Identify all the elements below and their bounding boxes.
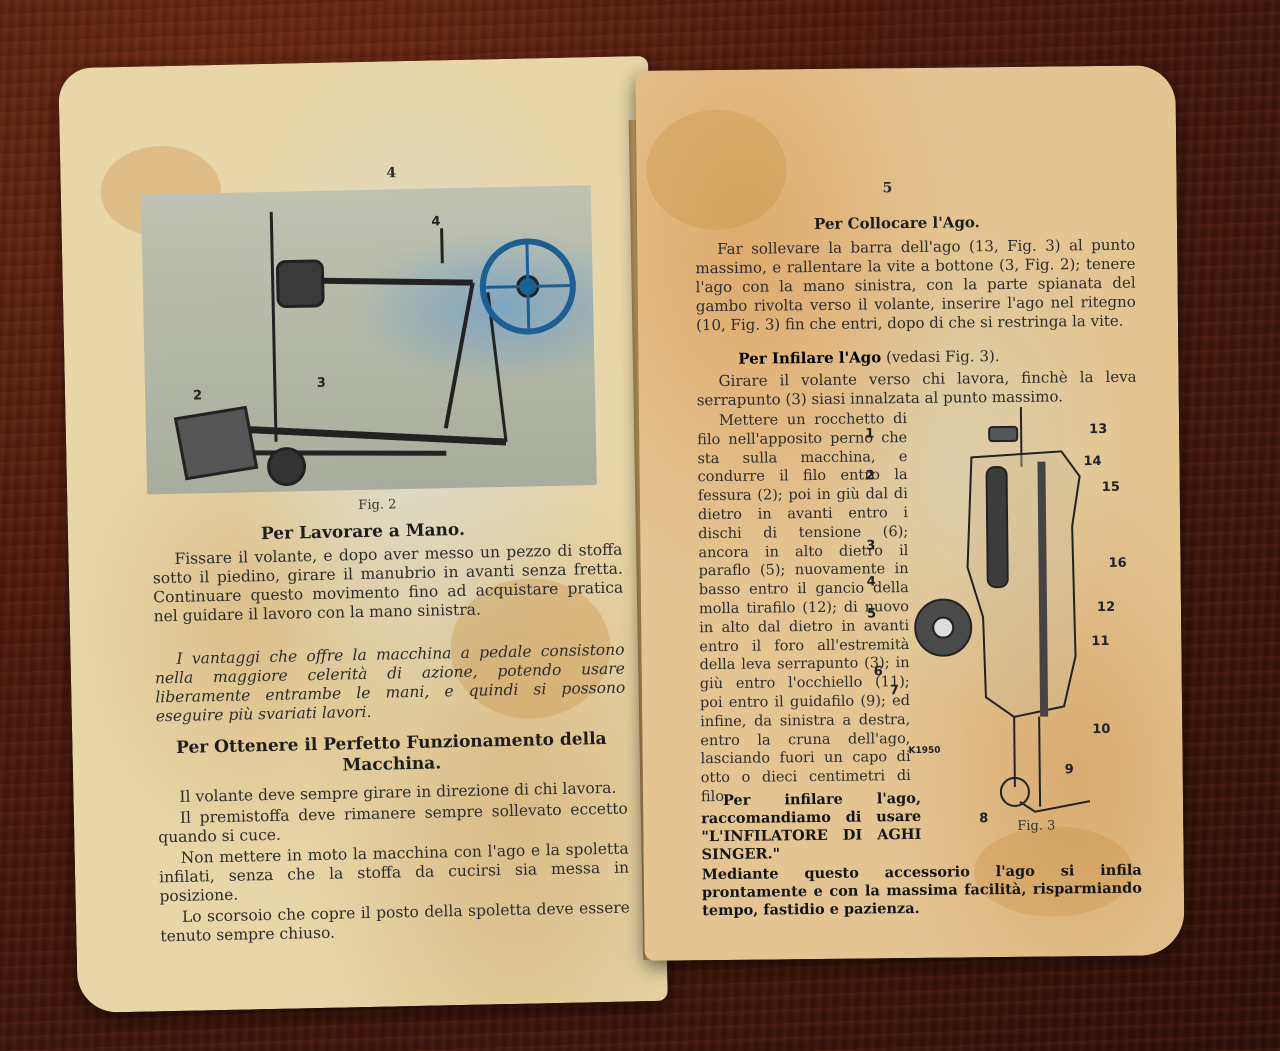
page-number: 4 — [386, 165, 396, 181]
figure-caption: Fig. 2 — [347, 497, 407, 513]
figure-label: 2 — [193, 388, 202, 403]
figure-label: 5 — [867, 606, 876, 621]
italic-paragraph: I vantaggi che offre la macchina a pedal… — [154, 641, 626, 729]
paragraph-text: Lo scorsoio che copre il posto della spo… — [160, 898, 631, 946]
figure-label: 11 — [1091, 634, 1109, 649]
figure-label: 6 — [874, 664, 883, 679]
figure-label: 9 — [1065, 762, 1074, 777]
right-page: 5 Per Collocare l'Ago. Far sollevare la … — [635, 65, 1184, 961]
figure-label: 16 — [1108, 556, 1126, 571]
needle-bar-illustration-icon — [911, 406, 1135, 828]
paragraph-text: Mediante questo accessorio l'ago si infi… — [702, 862, 1143, 921]
stain — [646, 109, 787, 230]
paragraph-text: Mettere un rocchetto di filo nell'apposi… — [697, 410, 911, 807]
page-number: 5 — [883, 180, 893, 196]
figure-label: 7 — [890, 683, 899, 698]
heading-suffix: (vedasi Fig. 3). — [886, 347, 1000, 366]
threading-paragraph: Mettere un rocchetto di filo nell'apposi… — [697, 410, 911, 809]
figure-label: 4 — [431, 214, 440, 229]
paragraph-group: Il volante deve sempre girare in direzio… — [157, 779, 630, 949]
figure-label: 3 — [866, 538, 875, 553]
section-heading-line: Per Infilare l'Ago (vedasi Fig. 3). — [738, 346, 1138, 368]
figure-label: 12 — [1097, 600, 1115, 615]
paragraph-text: Girare il volante verso chi lavora, finc… — [697, 368, 1137, 411]
section-heading: Per Ottenere il Perfetto Funzionamento d… — [156, 729, 627, 781]
section-heading: Per Infilare l'Ago — [738, 348, 881, 367]
paragraph-text: Fissare il volante, e dopo aver messo un… — [152, 541, 623, 627]
figure-caption: Fig. 3 — [1017, 818, 1055, 833]
figure-label: 2 — [866, 468, 875, 483]
paragraph-text: I vantaggi che offre la macchina a pedal… — [154, 641, 625, 727]
sewing-machine-illustration-icon — [141, 185, 597, 494]
figure-label: 1 — [865, 426, 874, 441]
paragraph: Far sollevare la barra dell'ago (13, Fig… — [695, 236, 1136, 338]
booklet: 4 — [0, 0, 1280, 1051]
left-page: 4 — [58, 56, 668, 1013]
figure-label: 10 — [1092, 722, 1110, 737]
figure-label: 15 — [1102, 480, 1120, 495]
figure-label: 4 — [867, 574, 876, 589]
paragraph-text: Far sollevare la barra dell'ago (13, Fig… — [695, 236, 1136, 336]
figure-label: 13 — [1089, 422, 1107, 437]
paragraph-text: Non mettere in moto la macchina con l'ag… — [159, 840, 630, 907]
figure-code: K1950 — [908, 746, 940, 756]
figure-label: 14 — [1083, 454, 1101, 469]
figure-3-needle-threading: 1 2 3 4 5 6 7 13 14 15 16 12 11 10 9 8 K… — [911, 406, 1135, 828]
paragraph-text: Per infilare l'ago, raccomandiamo di usa… — [701, 790, 922, 864]
figure-label: 8 — [979, 811, 988, 826]
figure-label: 3 — [317, 376, 326, 391]
section-heading: Per Collocare l'Ago. — [677, 212, 1117, 235]
figure-2-sewing-machine: 2 3 4 — [141, 185, 597, 494]
paragraph: Fissare il volante, e dopo aver messo un… — [152, 541, 624, 629]
